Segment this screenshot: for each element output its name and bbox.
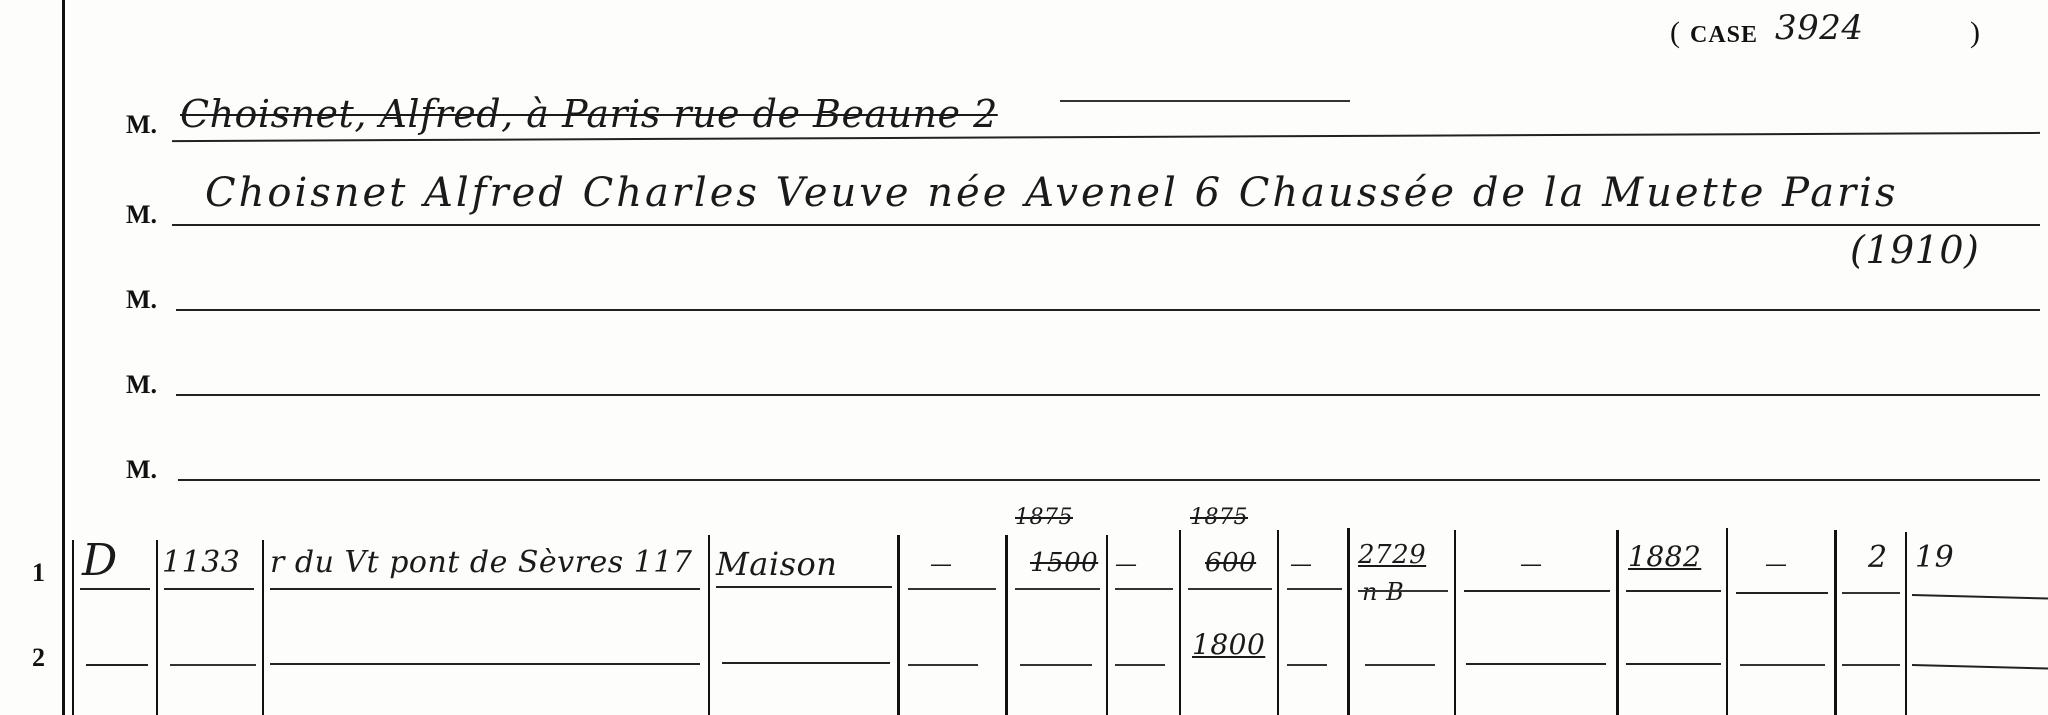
case-paren-open: (	[1670, 16, 1680, 50]
cell-col10: 2729	[1358, 540, 1426, 570]
owner-prefix: M.	[126, 110, 157, 140]
cell-col8-struck: 600	[1205, 548, 1256, 578]
cell-section: D	[82, 535, 118, 586]
cell-col13: —	[1765, 552, 1788, 577]
cell-col15: 19	[1915, 540, 1954, 575]
owner-note-year: (1910)	[1850, 228, 1979, 272]
owner-name: Choisnet Alfred Charles Veuve née Avenel…	[205, 170, 1899, 216]
cell-col8-old: 1875	[1190, 505, 1248, 530]
cell-col12: 1882	[1628, 540, 1701, 573]
row-number: 1	[32, 558, 45, 588]
owner-prefix: M.	[126, 370, 157, 400]
cell-parcel: 1133	[162, 545, 240, 580]
page-left-border	[62, 0, 65, 715]
owner-prefix: M.	[126, 285, 157, 315]
owner-prefix: M.	[126, 455, 157, 485]
cell-col14: 2	[1868, 540, 1888, 575]
cell-address: r du Vt pont de Sèvres 117	[270, 545, 692, 580]
cell-col5: —	[930, 552, 953, 577]
cell-col7: —	[1115, 552, 1138, 577]
cell-nature: Maison	[716, 545, 837, 583]
case-number: 3924	[1775, 8, 1864, 48]
cell-col9: —	[1290, 552, 1313, 577]
owner-name-struck: Choisnet, Alfred, à Paris rue de Beaune …	[180, 92, 998, 136]
cell-col6-struck: 1500	[1030, 548, 1098, 578]
cell-col10-sub: n B	[1362, 578, 1404, 606]
row-number: 2	[32, 643, 45, 673]
cell-col8: 1800	[1192, 628, 1265, 661]
cell-col11: —	[1520, 552, 1543, 577]
case-paren-close: )	[1970, 16, 1980, 50]
cell-col6-old: 1875	[1015, 505, 1073, 530]
case-label: CASE	[1690, 22, 1758, 49]
owner-prefix: M.	[126, 200, 157, 230]
